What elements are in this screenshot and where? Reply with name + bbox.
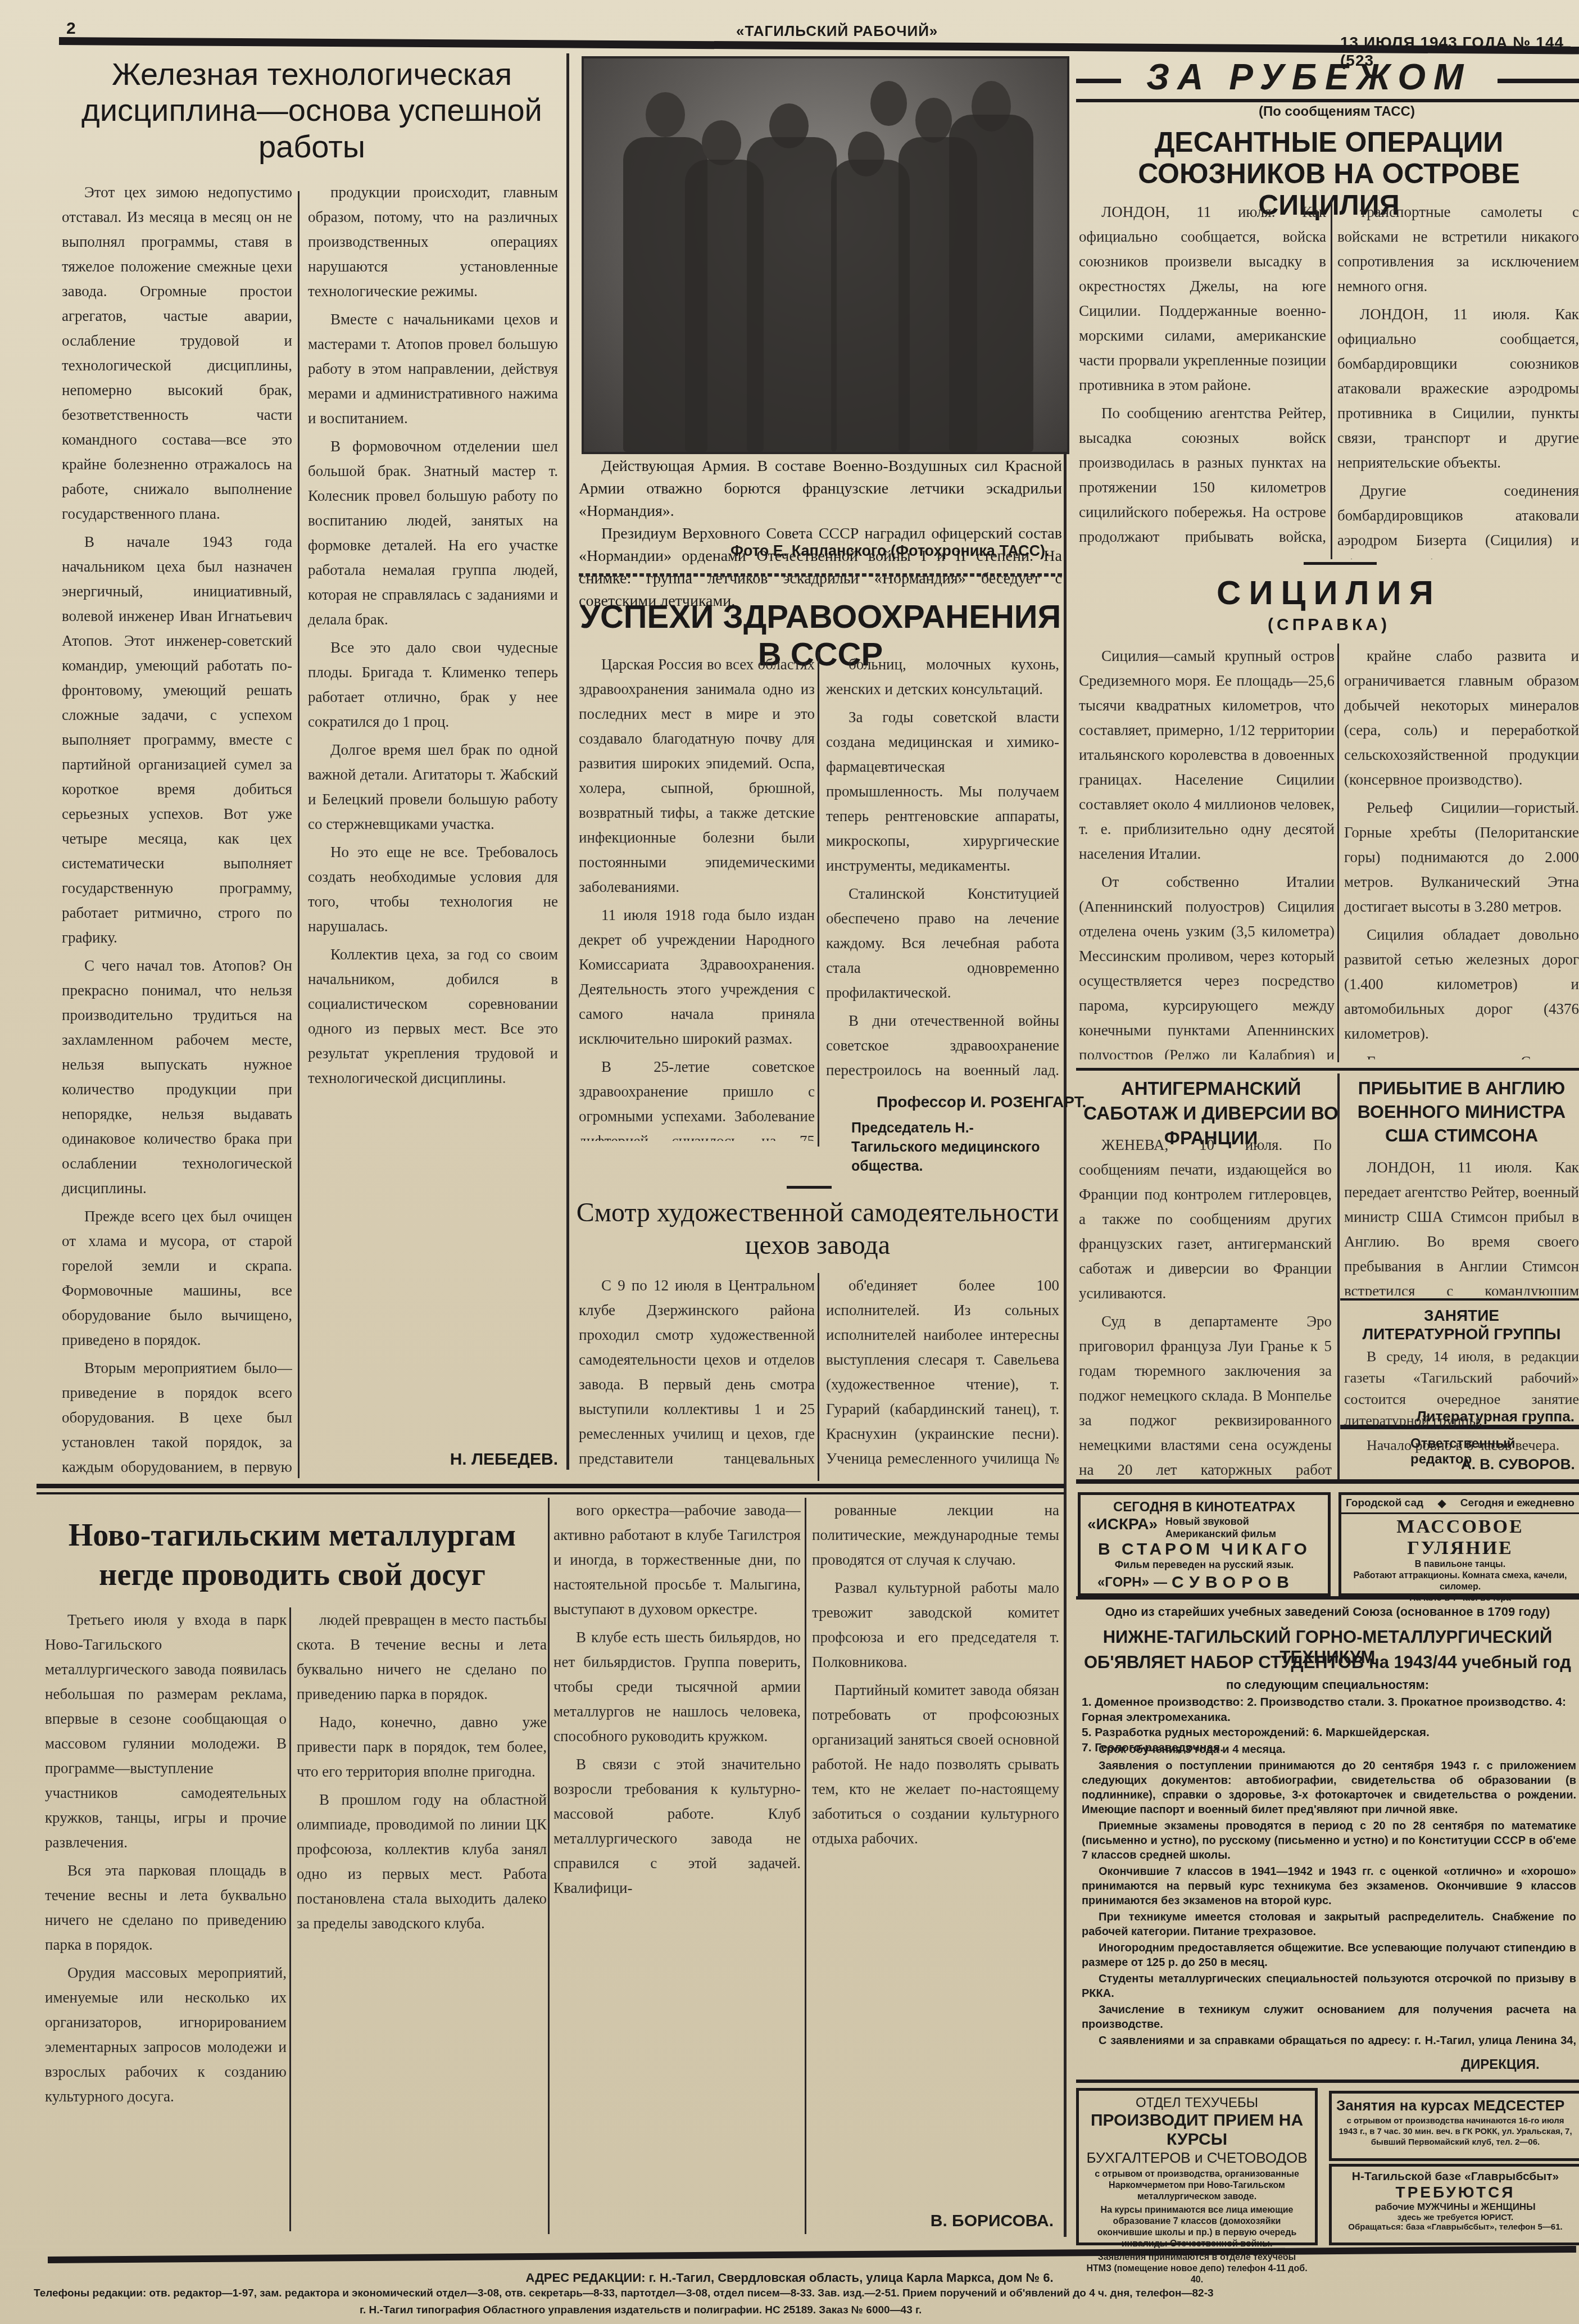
paragraph: продукции происходит, главным образом, п… xyxy=(308,180,558,303)
fish-base-line2: здесь же требуется ЮРИСТ. xyxy=(1332,2213,1579,2222)
cinema-iskra-desc: Новый звуковой Американский фильм xyxy=(1165,1515,1321,1540)
paragraph: Сицилия обладает довольно развитой сетью… xyxy=(1344,922,1579,1046)
fish-base-ad: Н-Тагильской базе «Главрыбсбыт» ТРЕБУЮТС… xyxy=(1329,2164,1579,2245)
cinema-gorn: «ГОРН» xyxy=(1097,1575,1149,1591)
paragraph: Иногородним предоставляется общежитие. В… xyxy=(1082,1941,1576,1970)
cinema-iskra: «ИСКРА» xyxy=(1087,1515,1158,1533)
technikum-signature: ДИРЕКЦИЯ. xyxy=(1461,2057,1540,2073)
column-divider xyxy=(818,1273,819,1481)
sicily-col2: крайне слабо развита и ограничивается гл… xyxy=(1344,644,1579,1059)
amateur-col1: С 9 по 12 июля в Центральном клубе Дзерж… xyxy=(579,1273,815,1475)
health-signature: Профессор И. РОЗЕНГАРТ. xyxy=(877,1093,1086,1111)
photo-caption: Действующая Армия. В составе Военно-Возд… xyxy=(579,455,1062,613)
sicily-col1: Сицилия—самый крупный остров Средиземног… xyxy=(1079,644,1335,1059)
paragraph: Развал культурной работы мало тревожит з… xyxy=(812,1575,1059,1674)
stimson-text: ЛОНДОН, 11 июля. Как передает агентство … xyxy=(1344,1155,1579,1295)
fish-base-line1: рабочие МУЖЧИНЫ и ЖЕНЩИНЫ xyxy=(1332,2201,1579,2213)
column-divider xyxy=(566,53,569,1470)
literary-title-2: ЛИТЕРАТУРНОЙ ГРУППЫ xyxy=(1344,1325,1579,1343)
editorial-address: АДРЕС РЕДАКЦИИ: г. Н.-Тагил, Свердловска… xyxy=(0,2271,1579,2285)
section-rule xyxy=(37,1492,1065,1494)
column-divider xyxy=(298,191,300,1478)
garden-line2: Работают аттракционы. Комната смеха, кач… xyxy=(1341,1570,1579,1593)
film-suvorov: СУВОРОВ xyxy=(1172,1573,1295,1592)
technikum-spec-header: по следующим специальностям: xyxy=(1076,1678,1579,1692)
paragraph: ЛОНДОН, 11 июля. Как официально сообщает… xyxy=(1337,302,1579,475)
paragraph: ЛОНДОН, 11 июля. Как передает агентство … xyxy=(1344,1155,1579,1295)
paragraph: От собственно Италии (Апеннинский полуос… xyxy=(1079,869,1335,1059)
health-col1: Царская Россия во всех областях здравоох… xyxy=(579,652,815,1141)
cinema-header: СЕГОДНЯ В КИНОТЕАТРАХ xyxy=(1081,1499,1328,1515)
sabotage-text: ЖЕНЕВА, 10 июля. По сообщениям печати, и… xyxy=(1079,1132,1332,1481)
tass-source: (По сообщениям ТАСС) xyxy=(1259,104,1415,120)
city-garden-ad: Городской сад ◆ Сегодня и ежедневно МАСС… xyxy=(1338,1492,1579,1596)
leisure-col1: Третьего июля у входа в парк Ново-Тагиль… xyxy=(45,1607,287,2231)
foreign-section-title: ЗА РУБЕЖОМ xyxy=(1146,56,1471,98)
health-col2: больниц, молочных кухонь, женских и детс… xyxy=(826,652,1059,1085)
paragraph: Но это еще не все. Требовалось создать н… xyxy=(308,840,558,939)
amateur-title-line2: цехов завода xyxy=(570,1230,1065,1261)
short-rule xyxy=(1304,562,1377,565)
section-rule xyxy=(1340,1425,1579,1429)
paragraph: За годы советской власти создана медицин… xyxy=(826,705,1059,878)
fish-base-header: Н-Тагильской базе «Главрыбсбыт» xyxy=(1332,2170,1579,2183)
paragraph: транспортные самолеты с войсками не встр… xyxy=(1337,200,1579,298)
paragraph: вого оркестра—рабочие завода—активно раб… xyxy=(553,1498,801,1621)
paragraph: Долгое время шел брак по одной важной де… xyxy=(308,737,558,836)
paragraph: Все это дало свои чудесные плоды. Бригад… xyxy=(308,635,558,734)
paragraph: Сицилия—самый крупный остров Средиземног… xyxy=(1079,644,1335,866)
paragraph: Другие соединения бомбардировщиков атако… xyxy=(1337,478,1579,559)
fish-base-line3: Обращаться: база «Главрыбсбыт», телефон … xyxy=(1332,2222,1579,2232)
health-signature-title: Председатель Н.-Тагильского медицинского… xyxy=(851,1118,1059,1176)
column-divider xyxy=(548,1498,550,2234)
divider-wavy xyxy=(579,573,1062,577)
paragraph: Надо, конечно, давно уже привести парк в… xyxy=(297,1710,547,1784)
paragraph: Третьего июля у входа в парк Ново-Тагиль… xyxy=(45,1607,287,1855)
leisure-title-line2: негде проводить свой досуг xyxy=(34,1557,551,1593)
newspaper-name: «ТАГИЛЬСКИЙ РАБОЧИЙ» xyxy=(736,22,938,40)
editor-name: А. В. СУВОРОВ. xyxy=(1461,1456,1575,1473)
paragraph: В формовочном отделении шел большой брак… xyxy=(308,434,558,632)
paragraph: Суд в департаменте Эро приговорил францу… xyxy=(1079,1309,1332,1481)
specialty-item: 5. Разработка рудных месторождений: 6. М… xyxy=(1082,1725,1576,1740)
page-number: 2 xyxy=(66,19,76,38)
section-rule xyxy=(1076,2080,1579,2083)
ad-text: с отрывом от производства, организованны… xyxy=(1085,2169,1309,2203)
short-rule xyxy=(787,1186,832,1189)
discipline-title: Железная технологическая дисциплина—осно… xyxy=(73,56,551,165)
paragraph: Рельеф Сицилии—гористый. Горные хребты (… xyxy=(1344,795,1579,919)
printing-info: г. Н.-Тагил типография Областного управл… xyxy=(360,2304,922,2317)
deco-rule xyxy=(1076,79,1121,83)
specialty-item: 1. Доменное производство: 2. Производств… xyxy=(1082,1695,1576,1725)
technikum-announce: ОБ'ЯВЛЯЕТ НАБОР СТУДЕНТОВ на 1943/44 уче… xyxy=(1076,1652,1579,1673)
literary-title-1: ЗАНЯТИЕ xyxy=(1344,1307,1579,1325)
garden-label: Городской сад xyxy=(1346,1497,1423,1510)
paragraph: Коллектив цеха, за год со своим начальни… xyxy=(308,942,558,1090)
paragraph: Партийный комитет завода обязан потребов… xyxy=(812,1678,1059,1851)
section-rule xyxy=(1076,1068,1579,1071)
paragraph: Приемные экзамены проводятся в период с … xyxy=(1082,1819,1576,1863)
paragraph: Прежде всего цех был очищен от хлама и м… xyxy=(62,1204,292,1352)
accounting-subtitle: БУХГАЛТЕРОВ и СЧЕТОВОДОВ xyxy=(1079,2149,1315,2167)
paragraph: С 9 по 12 июля в Центральном клубе Дзерж… xyxy=(579,1273,815,1475)
technikum-intro: Одно из старейших учебных заведений Союз… xyxy=(1076,1605,1579,1619)
mass-festivity-title: МАССОВОЕ ГУЛЯНИЕ xyxy=(1341,1516,1579,1559)
paragraph: Окончившие 7 классов в 1941—1942 и 1943 … xyxy=(1082,1864,1576,1908)
paragraph: Этот цех зимою недопустимо отставал. Из … xyxy=(62,180,292,526)
cinema-ad: СЕГОДНЯ В КИНОТЕАТРАХ «ИСКРА» Новый звук… xyxy=(1078,1492,1331,1596)
paragraph: Заявления о поступлении принимаются до 2… xyxy=(1082,1759,1576,1817)
paragraph: крайне слабо развита и ограничивается гл… xyxy=(1344,644,1579,792)
newspaper-page: 2 «ТАГИЛЬСКИЙ РАБОЧИЙ» 13 ИЮЛЯ 1943 ГОДА… xyxy=(0,0,1579,2324)
paragraph: В начале 1943 года начальником цеха был … xyxy=(62,529,292,950)
paragraph: При техникуме имеется столовая и закрыты… xyxy=(1082,1910,1576,1939)
leisure-signature: В. БОРИСОВА. xyxy=(812,2212,1054,2231)
accounting-courses-ad: ОТДЕЛ ТЕХУЧЕБЫ ПРОИЗВОДИТ ПРИЕМ НА КУРСЫ… xyxy=(1076,2088,1318,2245)
garden-line1: В павильоне танцы. xyxy=(1341,1559,1579,1570)
techucheba-dept: ОТДЕЛ ТЕХУЧЕБЫ xyxy=(1079,2095,1315,2111)
nurses-title: Занятия на курсах МЕДСЕСТЕР xyxy=(1336,2097,1575,2114)
paragraph: ЖЕНЕВА, 10 июля. По сообщениям печати, и… xyxy=(1079,1132,1332,1306)
accounting-title: ПРОИЗВОДИТ ПРИЕМ НА КУРСЫ xyxy=(1079,2111,1315,2149)
nurses-text: с отрывом от производства начинаются 16-… xyxy=(1332,2114,1579,2149)
paragraph: С заявлениями и за справками обращаться … xyxy=(1082,2033,1576,2046)
paragraph: Главным городом Сицилии является Палермо… xyxy=(1344,1049,1579,1059)
leisure-col3: вого оркестра—рабочие завода—активно раб… xyxy=(553,1498,801,2234)
paragraph: В дни отечественной войны советское здра… xyxy=(826,1008,1059,1085)
deco-rule xyxy=(1076,99,1579,102)
discipline-col1: Этот цех зимою недопустимо отставал. Из … xyxy=(62,180,292,1478)
sicily-subtitle: (СПРАВКА) xyxy=(1079,615,1579,635)
paragraph: Вместе с начальниками цехов и мастерами … xyxy=(308,307,558,431)
column-divider xyxy=(1337,1073,1340,1484)
paragraph: Орудия массовых мероприятий, именуемые и… xyxy=(45,1960,287,2109)
column-divider xyxy=(289,1607,291,2231)
leisure-col2: людей превращен в место пастьбы скота. В… xyxy=(297,1607,547,2231)
paragraph: Зачисление в техникум служит основанием … xyxy=(1082,2003,1576,2032)
section-rule xyxy=(37,1484,1065,1488)
section-rule xyxy=(1340,1298,1579,1301)
section-rule xyxy=(1076,1596,1579,1600)
deco-rule xyxy=(1498,79,1579,83)
stimson-title: ПРИБЫТИЕ В АНГЛИЮ ВОЕННОГО МИНИСТРА США … xyxy=(1344,1076,1579,1147)
leisure-title-line1: Ново-тагильским металлургам xyxy=(34,1517,551,1553)
paragraph: Царская Россия во всех областях здравоох… xyxy=(579,652,815,899)
paragraph: людей превращен в место пастьбы скота. В… xyxy=(297,1607,547,1706)
leisure-col4: рованные лекции на политические, междуна… xyxy=(812,1498,1059,2206)
paragraph: С чего начал тов. Атопов? Он прекрасно п… xyxy=(62,953,292,1200)
paragraph: По сообщению агентства Рейтер, высадка с… xyxy=(1079,401,1326,559)
technikum-details: Срок обучения 3 года и 4 месяца. Заявлен… xyxy=(1082,1742,1576,2046)
paragraph: Срок обучения 3 года и 4 месяца. xyxy=(1082,1742,1576,1757)
film-note: Фильм переведен на русский язык. xyxy=(1081,1559,1328,1571)
discipline-signature: Н. ЛЕБЕДЕВ. xyxy=(308,1450,558,1469)
landing-col2: транспортные самолеты с войсками не встр… xyxy=(1337,200,1579,559)
paragraph: больниц, молочных кухонь, женских и детс… xyxy=(826,652,1059,701)
paragraph: об'единяет более 100 исполнителей. Из со… xyxy=(826,1273,1059,1475)
film-old-chicago: В СТАРОМ ЧИКАГО xyxy=(1081,1540,1328,1559)
paragraph: Сталинской Конституцией обеспечено право… xyxy=(826,881,1059,1005)
column-divider xyxy=(1337,644,1339,1062)
fish-base-title: ТРЕБУЮТСЯ xyxy=(1332,2183,1579,2201)
discipline-col2: продукции происходит, главным образом, п… xyxy=(308,180,558,1439)
footer-rule xyxy=(48,2246,1576,2263)
column-divider xyxy=(818,652,819,1147)
paragraph: В прошлом году на областной олимпиаде, п… xyxy=(297,1787,547,1936)
editorial-phones: Телефоны редакции: отв. редактор—1-97, з… xyxy=(34,2287,1579,2300)
nurses-courses-ad: Занятия на курсах МЕДСЕСТЕР с отрывом от… xyxy=(1329,2091,1579,2161)
column-divider xyxy=(805,1498,806,2234)
paragraph: Студенты металлургических специальностей… xyxy=(1082,1972,1576,2001)
photo-credit: Фото Е. Капланского (Фотохроника ТАСС). xyxy=(730,542,1050,560)
landing-col1: ЛОНДОН, 11 июля. Как официально сообщает… xyxy=(1079,200,1326,559)
paragraph: Вся эта парковая площадь в течение весны… xyxy=(45,1858,287,1957)
sicily-title: СИЦИЛИЯ xyxy=(1079,573,1579,612)
paragraph: рованные лекции на политические, междуна… xyxy=(812,1498,1059,1572)
paragraph: В клубе есть шесть бильярдов, но нет бил… xyxy=(553,1625,801,1748)
paragraph: Вторым мероприятием было—приведение в по… xyxy=(62,1356,292,1478)
normandie-pilots-photo xyxy=(582,56,1069,454)
literary-signature: Литературная группа. xyxy=(1344,1408,1575,1425)
paragraph: В 25-летие советское здравоохранение при… xyxy=(579,1054,815,1141)
paragraph: ЛОНДОН, 11 июля. Как официально сообщает… xyxy=(1079,200,1326,397)
paragraph: В связи с этой значительно возросли треб… xyxy=(553,1752,801,1900)
garden-schedule: Сегодня и ежедневно xyxy=(1460,1497,1575,1510)
column-divider xyxy=(1331,200,1332,559)
caption-text: Действующая Армия. В составе Военно-Возд… xyxy=(579,455,1062,523)
paragraph: 11 июля 1918 года было издан декрет об у… xyxy=(579,903,815,1051)
ad-text: На курсы принимаются все лица имеющие об… xyxy=(1085,2205,1309,2250)
section-rule xyxy=(1076,1479,1579,1484)
amateur-title-line1: Смотр художественной самодеятельности xyxy=(570,1197,1065,1228)
amateur-col2: об'единяет более 100 исполнителей. Из со… xyxy=(826,1273,1059,1475)
